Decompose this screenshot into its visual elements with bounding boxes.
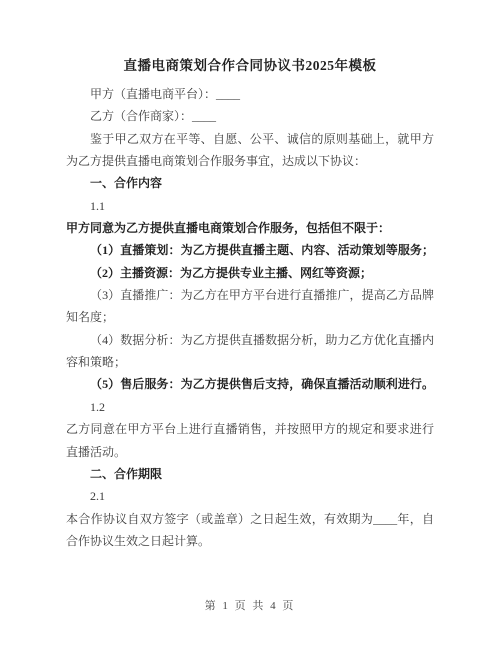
item-4-line-2: 容和策略； [66, 351, 434, 373]
document-title: 直播电商策划合作合同协议书2025年模板 [66, 55, 434, 77]
section-1-heading: 一、合作内容 [66, 172, 434, 194]
section-2-heading: 二、合作期限 [66, 463, 434, 485]
clause-1-1-text: 甲方同意为乙方提供直播电商策划合作服务，包括但不限于： [66, 217, 434, 239]
clause-1-1-number: 1.1 [66, 195, 434, 217]
page-number: 第 1 页 共 4 页 [66, 598, 434, 614]
item-3-line-1: （3）直播推广：为乙方在甲方平台进行直播推广，提高乙方品牌 [66, 284, 434, 306]
clause-1-2-number: 1.2 [66, 396, 434, 418]
preamble-line-1: 鉴于甲乙双方在平等、自愿、公平、诚信的原则基础上，就甲方 [66, 128, 434, 150]
party-a-line: 甲方（直播电商平台）：____ [66, 83, 434, 105]
item-2-line: （2）主播资源：为乙方提供专业主播、网红等资源； [66, 262, 434, 284]
item-4-line-1: （4）数据分析：为乙方提供直播数据分析，助力乙方优化直播内 [66, 329, 434, 351]
party-b-line: 乙方（合作商家）：____ [66, 105, 434, 127]
document-body: 甲方（直播电商平台）：____ 乙方（合作商家）：____ 鉴于甲乙双方在平等、… [66, 83, 434, 552]
preamble-line-2: 为乙方提供直播电商策划合作服务事宜，达成以下协议： [66, 150, 434, 172]
item-3-line-2: 知名度； [66, 306, 434, 328]
item-1-line: （1）直播策划：为乙方提供直播主题、内容、活动策划等服务； [66, 239, 434, 261]
clause-2-1-number: 2.1 [66, 485, 434, 507]
document-content: 直播电商策划合作合同协议书2025年模板 甲方（直播电商平台）：____ 乙方（… [0, 55, 500, 614]
clause-2-1-line-1: 本合作协议自双方签字（或盖章）之日起生效，有效期为____年，自 [66, 508, 434, 530]
item-5-line: （5）售后服务：为乙方提供售后支持，确保直播活动顺利进行。 [66, 373, 434, 395]
clause-2-1-line-2: 合作协议生效之日起计算。 [66, 530, 434, 552]
clause-1-2-line-2: 直播活动。 [66, 441, 434, 463]
clause-1-2-line-1: 乙方同意在甲方平台上进行直播销售，并按照甲方的规定和要求进行 [66, 418, 434, 440]
document-page: 直播电商策划合作合同协议书2025年模板 甲方（直播电商平台）：____ 乙方（… [0, 0, 500, 647]
